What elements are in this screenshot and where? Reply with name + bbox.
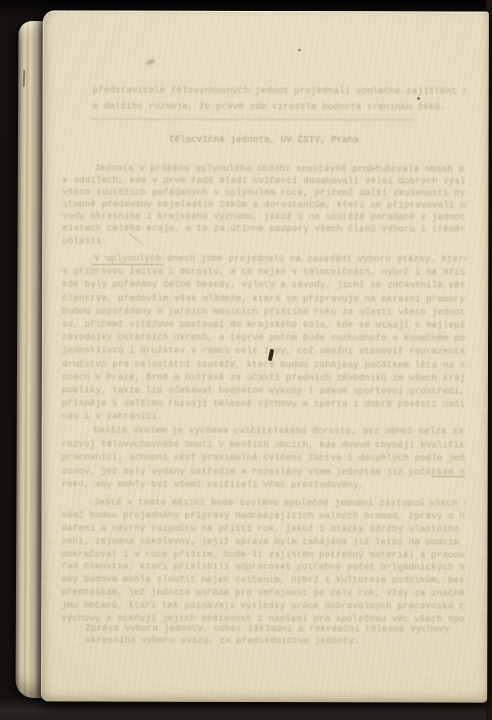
ghost-text-line: představitelé tělovýchovných jednot proj…: [63, 82, 466, 99]
ghost-text-line: Zpráva výboru jednoty, odbor základní a …: [61, 622, 464, 635]
ghost-text-line: členstva, především však mládeže, která …: [62, 292, 465, 306]
ghost-text-line: družstvo pro celostátní soutěže, které b…: [62, 358, 465, 372]
ghost-text-line: pokračovat i v roce příštím, bude-li zaj…: [61, 548, 464, 562]
ghost-text-line: okresního výboru svazu, za předsednictvo…: [61, 634, 464, 647]
ghost-text-line: přispěje k dalšímu rozvoji tělesné výcho…: [62, 398, 465, 412]
ghost-text-line: publiky, takže lze očekávat hodnotné výk…: [62, 384, 465, 398]
closing-paragraph: představitelé tělovýchovných jednot proj…: [63, 82, 466, 115]
ghost-text-line: jmu občanů, kteří tak poznávají výsledky…: [61, 600, 464, 614]
ghost-text-line: onech v Praze, Brně a Ostravě za účasti …: [62, 371, 465, 385]
ghost-text-line: osnov, jež byly vydány ústředím a rozesl…: [62, 465, 465, 480]
ghost-text-line: V uplynulých dnech jsme projednali na za…: [62, 252, 465, 266]
ghost-text-line: daření a návrhy rozpočtu na příští rok, …: [62, 522, 465, 536]
ghost-text-line: pracovníci, schopní vést pravidelná cvič…: [62, 452, 465, 467]
ghost-text-line: všech soutěžích pořádaných v uplynulém r…: [62, 187, 465, 200]
ghost-text-line: rozvoj tělovýchovného hnutí v menších ob…: [62, 438, 465, 453]
ghost-text-line: místech celého kraje, a to za účinné pod…: [62, 223, 465, 236]
ghost-text-line: Jednota v průběhu uplynulého období sous…: [62, 162, 465, 175]
ghost-text-line: vody okresního i krajského významu, jako…: [62, 211, 465, 224]
ghost-text-line: Dalším úkolem je výchova cvičitelského d…: [62, 424, 465, 439]
ghost-text-line: němž budou projednány přípravy nadcházej…: [62, 509, 465, 523]
ghost-text-line: v oddílech, kde v prvé řadě mladí cvičen…: [62, 175, 465, 188]
ghost-text-line: nás i v zahraničí.: [62, 411, 465, 425]
paragraph-3: Dalším úkolem je výchova cvičitelského d…: [62, 424, 465, 493]
source-note: Zpráva výboru jednoty, odbor základní a …: [61, 622, 464, 647]
byline: Tělocvičná jednota, ÚV ČSTV, Praha: [63, 132, 466, 147]
document-page: představitelé tělovýchovných jednot proj…: [41, 10, 489, 702]
ghost-text-line: s přípravou žactva i dorostu, a to nejen…: [62, 266, 465, 280]
ghost-text-line: a dalšího rozvoje, že právě zde vzrostla…: [63, 98, 466, 115]
ghost-text-line: su, přičemž vítězové postoupí do krajské…: [62, 318, 465, 332]
divider-rule: [91, 119, 415, 121]
paragraph-2: V uplynulých dnech jsme projednali na za…: [62, 252, 465, 424]
ghost-text-line: aby budova mohla sloužit nejen cvičením,…: [61, 574, 464, 588]
ghost-text-line: jednotlivců i družstev v rámci celé župy…: [62, 345, 465, 359]
ghost-text-line: Ještě v tomto měsíci bude svoláno společ…: [62, 496, 465, 510]
ghost-text-line: stupně předávány nejmladším žákům a doro…: [62, 199, 465, 212]
ghost-text-line: oblasti.: [62, 235, 465, 248]
ghost-text-line: zení, zejména sokolovny, jejíž oprava by…: [61, 535, 464, 549]
paragraph-4: Ještě v tomto měsíci bude svoláno společ…: [61, 496, 464, 626]
ghost-text-line: kde byly pořádány četné besedy, výlety a…: [62, 279, 465, 293]
ghost-text-line: roku, aby mohly být všemi cvičiteli včas…: [62, 479, 465, 494]
ghost-text-line: přednáškám, jež jednota pořádá pro veřej…: [61, 587, 464, 601]
ghost-text-line: závodníky ostatních okresů, a teprve pot…: [62, 332, 465, 346]
ghost-text-layer: představitelé tělovýchovných jednot proj…: [61, 10, 466, 702]
paragraph-1: Jednota v průběhu uplynulého období sous…: [62, 162, 465, 248]
scan-background: představitelé tělovýchovných jednot proj…: [0, 0, 492, 720]
ghost-text-line: řad členstva, kteří přislíbili odpracova…: [61, 561, 464, 575]
ghost-text-line: budou uspořádány v jarních měsících příš…: [62, 305, 465, 319]
ghost-text-line: Tělocvičná jednota, ÚV ČSTV, Praha: [63, 132, 466, 147]
